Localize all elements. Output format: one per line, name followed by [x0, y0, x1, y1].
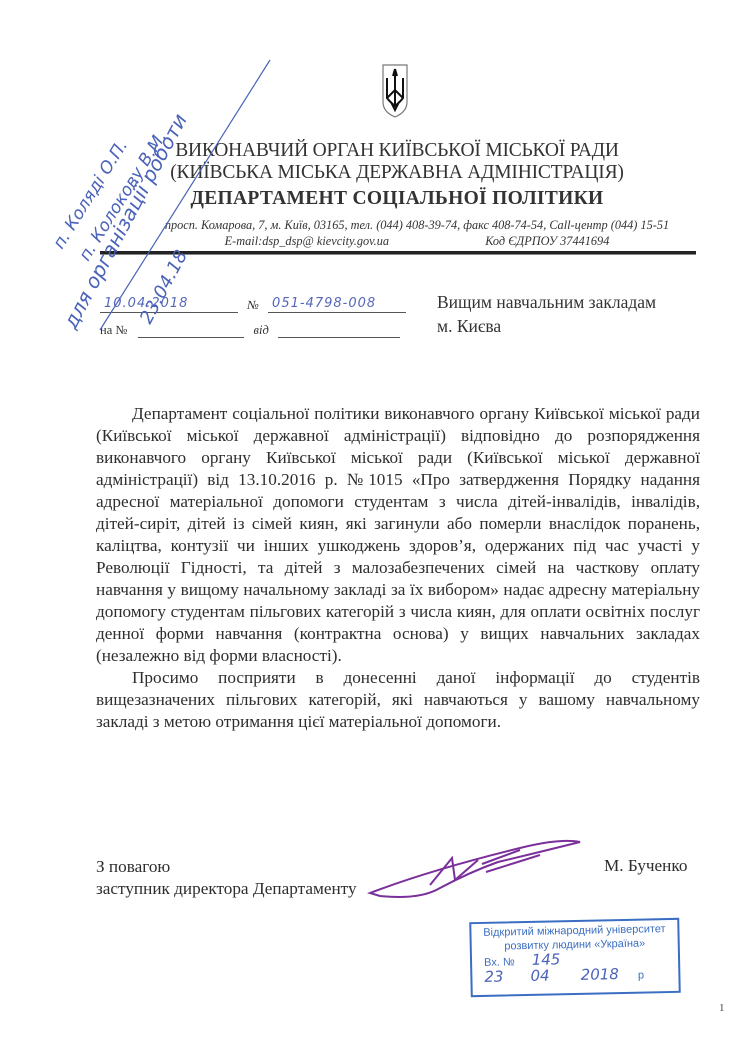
addressee-line1: Вищим навчальним закладам — [437, 290, 656, 314]
org-name-line2: (КИЇВСЬКА МІСЬКА ДЕРЖАВНА АДМІНІСТРАЦІЯ) — [0, 162, 744, 184]
stamp-month: 04 — [530, 967, 549, 985]
letter-body: Департамент соціальної політики виконавч… — [96, 403, 700, 733]
department-name: ДЕПАРТАМЕНТ СОЦІАЛЬНОЇ ПОЛІТИКИ — [0, 188, 744, 210]
stamp-year: 2018 — [580, 965, 619, 984]
outgoing-date: 10.04.2018 — [100, 296, 238, 313]
addressee: Вищим навчальним закладам м. Києва — [437, 290, 656, 338]
addressee-line2: м. Києва — [437, 314, 656, 338]
in-reply-number — [138, 321, 244, 338]
signer-position: заступник директора Департаменту — [96, 878, 357, 900]
signature-block: З повагою заступник директора Департамен… — [96, 856, 357, 900]
trident-coat-of-arms-icon — [380, 60, 410, 120]
stamp-day: 23 — [484, 968, 503, 986]
closing: З повагою — [96, 856, 357, 878]
outgoing-number: 051-4798-008 — [268, 296, 406, 313]
body-paragraph: Просимо посприяти в донесенні даної інфо… — [96, 667, 700, 733]
resolution-date: 23.04.18 — [136, 247, 192, 328]
org-name-line1: ВИКОНАВЧИЙ ОРГАН КИЇВСЬКОЇ МІСЬКОЇ РАДИ — [0, 140, 744, 162]
stamp-year-suffix: р — [638, 970, 644, 982]
registration-row: 10.04.2018 № 051-4798-008 — [100, 296, 406, 313]
contact-email: E-mail:dsp_dsp@ kievcity.gov.ua — [225, 234, 389, 249]
number-label: № — [247, 298, 259, 313]
signature-scribble-icon — [370, 841, 580, 897]
reply-row: на № від — [100, 321, 400, 338]
in-reply-date — [278, 321, 400, 338]
page-number: 1 — [719, 1002, 725, 1014]
from-label: від — [254, 323, 269, 338]
body-paragraph: Департамент соціальної політики виконавч… — [96, 403, 700, 667]
edrpou-code: Код ЄДРПОУ 37441694 — [485, 234, 609, 249]
in-reply-label: на № — [100, 323, 127, 337]
letterhead-divider — [100, 251, 696, 255]
contact-address: просп. Комарова, 7, м. Київ, 03165, тел.… — [0, 218, 744, 233]
signer-name: М. Бученко — [604, 856, 687, 876]
stamp-date-row: 23 04 2018 р — [472, 966, 678, 986]
contact-email-edrpou: E-mail:dsp_dsp@ kievcity.gov.ua Код ЄДРП… — [0, 234, 744, 249]
incoming-registration-stamp: Відкритий міжнародний університет розвит… — [469, 918, 681, 997]
